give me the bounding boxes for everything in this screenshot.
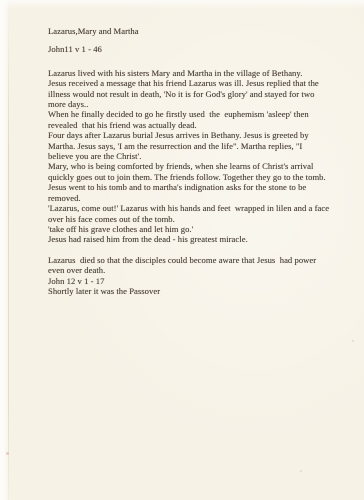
body-text-line: over his face comes out of the tomb. [48,214,348,224]
document-title: Lazarus,Mary and Martha [48,26,348,36]
scripture-reference: John11 v 1 - 46 [48,44,348,54]
body-text-line: Four days after Lazarus burial Jesus arr… [48,130,348,140]
body-text-line: removed. [48,193,348,203]
scanned-document-page: Lazarus,Mary and Martha John11 v 1 - 46 … [0,0,364,500]
body-text-line: Lazarus lived with his sisters Mary and … [48,68,348,78]
body-text-line: Jesus had raised him from the dead - his… [48,234,348,244]
body-text-line: Martha. Jesus says, 'I am the resurrecti… [48,141,348,151]
paper-speck [352,340,354,342]
paper-speck [300,470,302,472]
closing-paragraph: Lazarus died so that the disciples could… [48,255,348,297]
body-text-line: quickly goes out to join them. The frien… [48,172,348,182]
body-text-line: illness would not result in death, 'No i… [48,89,348,99]
body-text-line: believe you are the Christ'. [48,151,348,161]
body-text-line: Mary, who is being comforted by friends,… [48,161,348,171]
body-text-line: revealed that his friend was actually de… [48,120,348,130]
closing-text-line: even over death. [48,265,348,275]
closing-text-line: Lazarus died so that the disciples could… [48,255,348,265]
closing-text-line: Shortly later it was the Passover [48,286,348,296]
body-text-line: 'Lazarus, come out!' Lazarus with his ha… [48,203,348,213]
body-text-line: When he finally decided to go he firstly… [48,109,348,119]
body-text-line: Jesus went to his tomb and to martha's i… [48,182,348,192]
body-text-line: more days.. [48,99,348,109]
page-left-crease [8,0,9,500]
document-text-column: Lazarus,Mary and Martha John11 v 1 - 46 … [48,26,348,296]
body-paragraph: Lazarus lived with his sisters Mary and … [48,68,348,245]
body-text-line: 'take off his grave clothes and let him … [48,224,348,234]
body-text-line: Jesus received a message that his friend… [48,78,348,88]
closing-text-line: John 12 v 1 - 17 [48,276,348,286]
paper-speck [6,452,9,455]
